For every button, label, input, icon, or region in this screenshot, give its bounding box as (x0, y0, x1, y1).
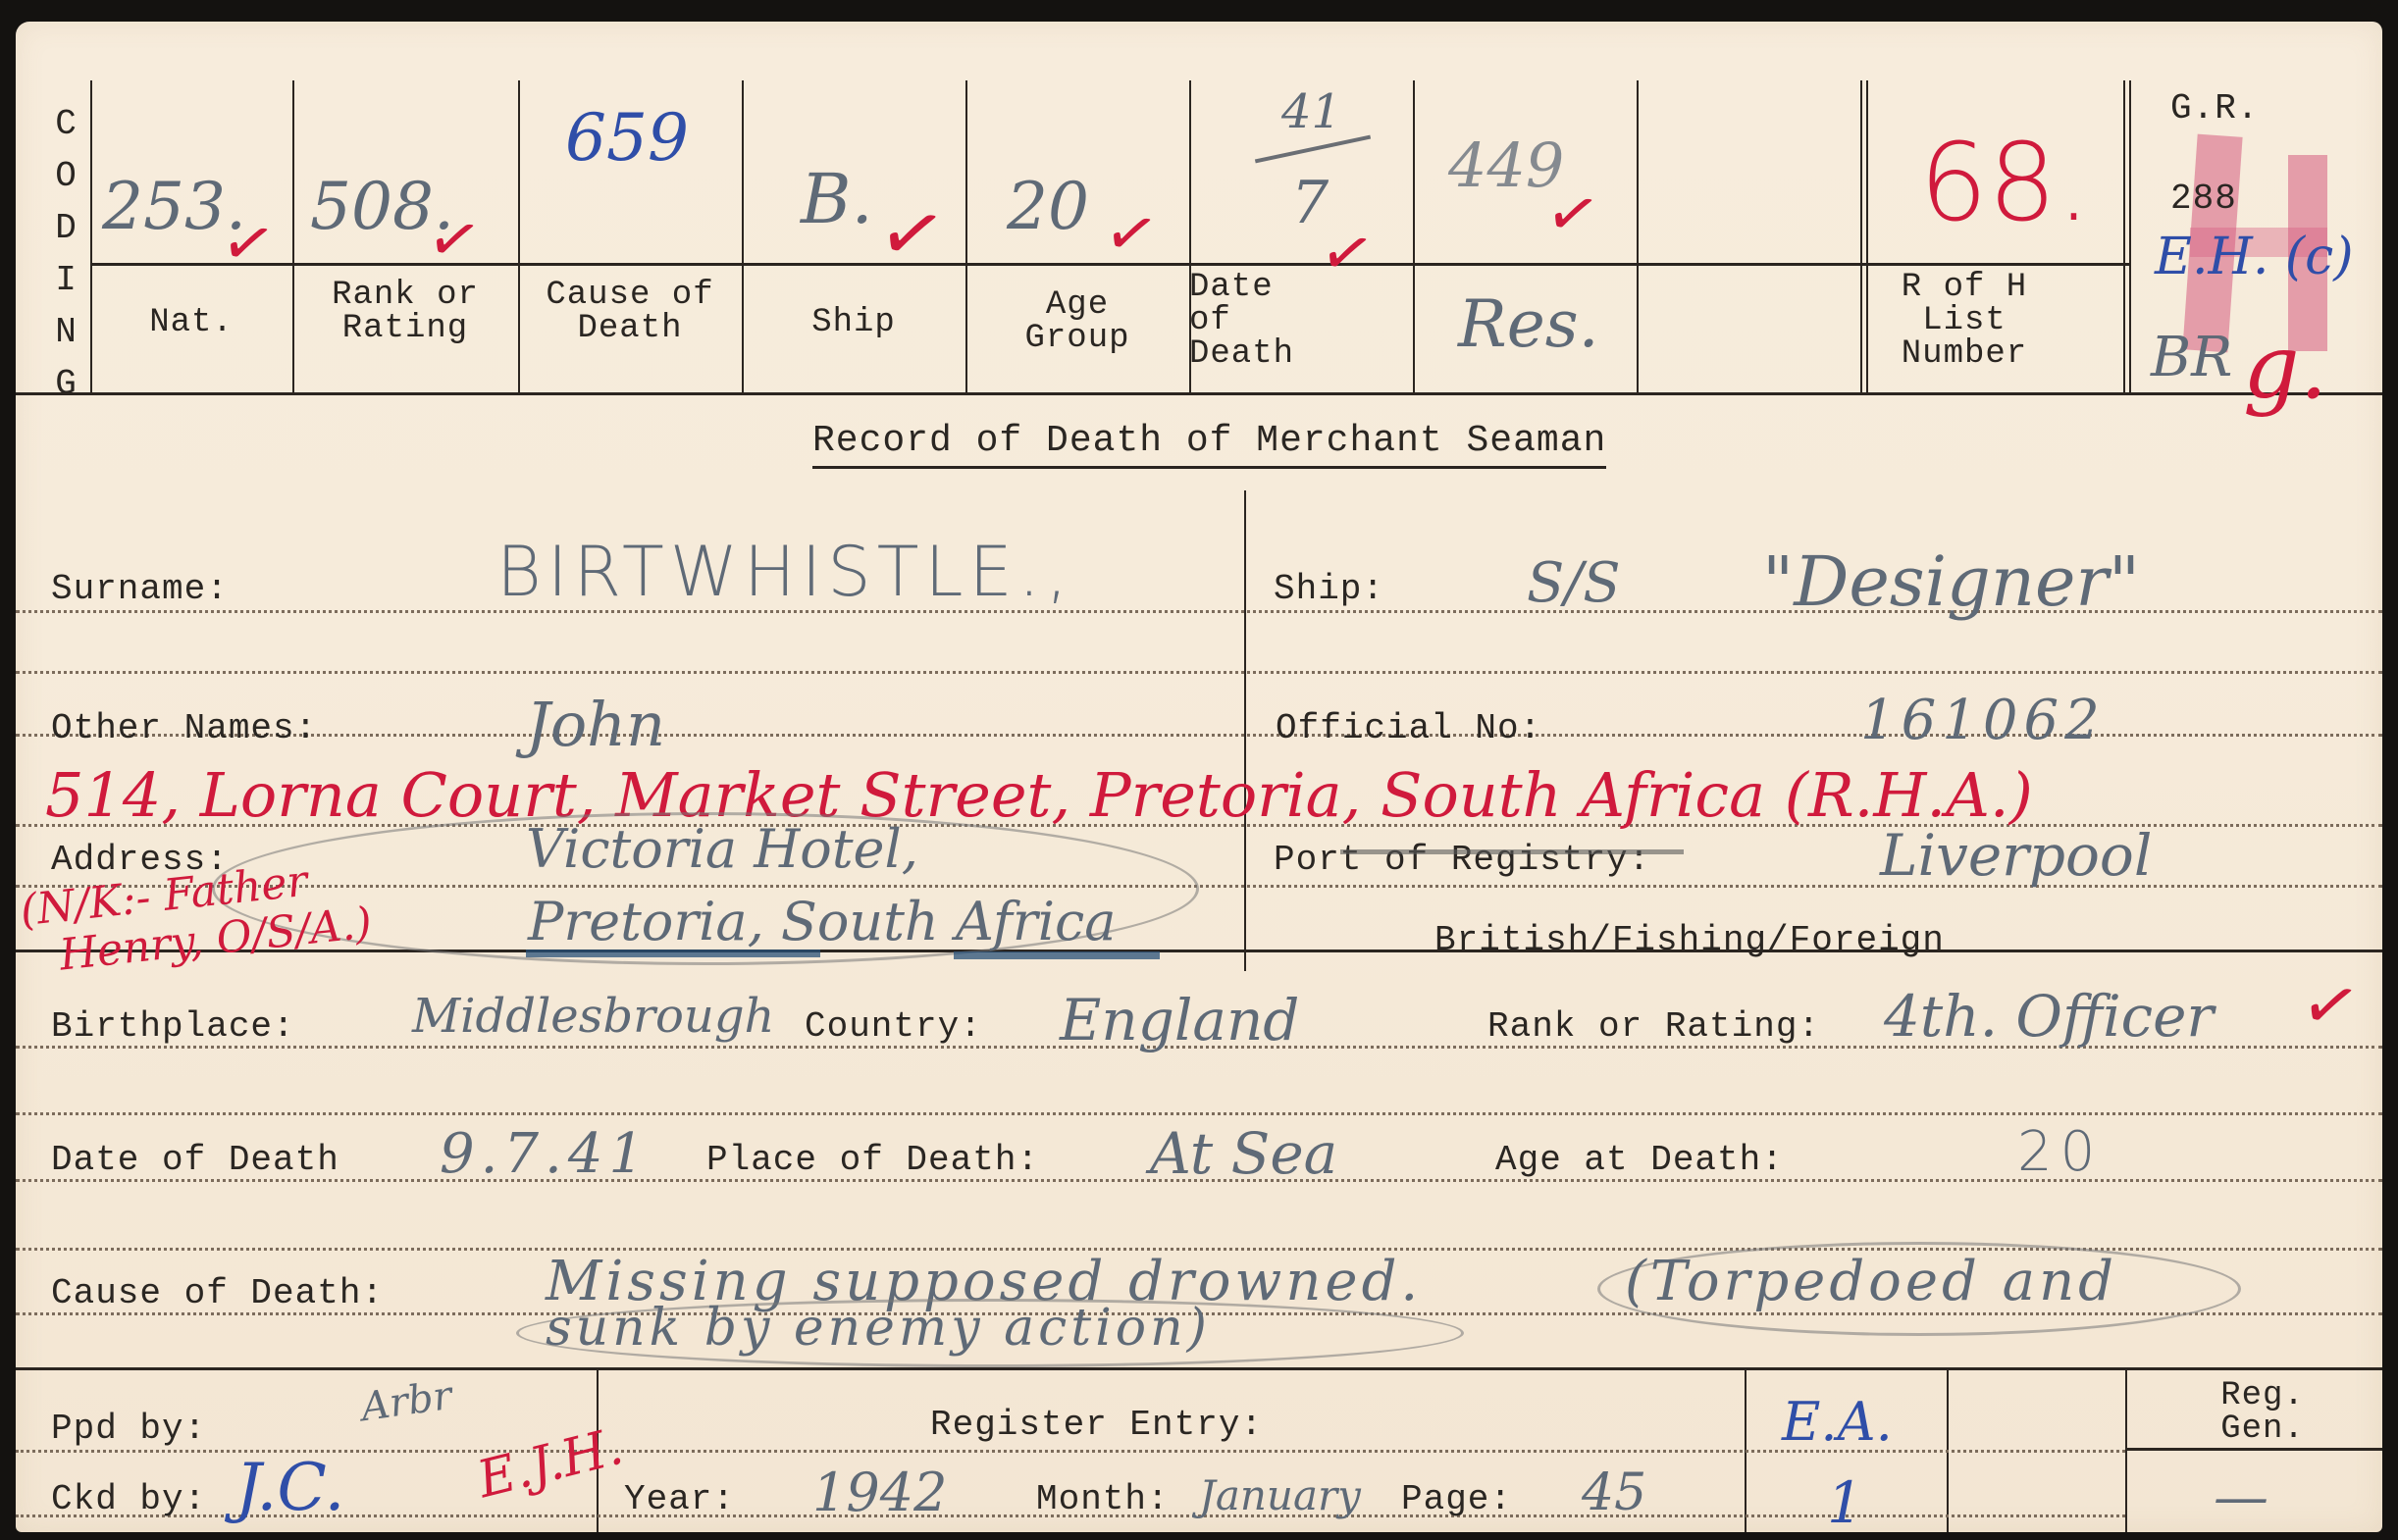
rank-label: Rank or Rating: (1487, 1006, 1820, 1047)
check-icon: ✓ (870, 182, 954, 285)
section-rule (16, 950, 2382, 952)
check-icon: ✓ (2294, 960, 2367, 1051)
grid-line (1244, 490, 1246, 971)
coding-letter: I (51, 254, 80, 306)
ckd-by-value: J.C. (235, 1450, 344, 1525)
coding-letter: O (51, 150, 80, 202)
underline-mark (526, 950, 820, 957)
underline-mark (954, 951, 1160, 959)
cause-of-death-line1b: (Torpedoed and (1625, 1250, 2117, 1313)
coding-letter: G (51, 358, 80, 410)
ship-value: "Designer" (1762, 541, 2140, 622)
month-label: Month: (1036, 1479, 1170, 1519)
reg-gen-value: — (2214, 1465, 2268, 1529)
address-line2: Pretoria, South Africa (528, 891, 1116, 952)
dotted-rule (16, 671, 2382, 674)
ship-label: Ship: (1274, 569, 1384, 609)
grid-line (16, 392, 2382, 395)
ppd-by-value: Arbr (358, 1373, 454, 1430)
register-entry-label: Register Entry: (930, 1405, 1263, 1445)
country-label: Country: (805, 1006, 982, 1047)
other-names-label: Other Names: (51, 708, 317, 748)
reg-gen-label: Reg. Gen. (2174, 1379, 2351, 1446)
birthplace-label: Birthplace: (51, 1006, 295, 1047)
gr-blue-note-text: E.H. (c) (2155, 228, 2354, 286)
grid-line (518, 80, 520, 394)
coding-header-rank: Rank or Rating (292, 279, 518, 345)
official-no-label: Official No: (1276, 708, 1541, 748)
official-no-value: 161062 (1860, 689, 2106, 752)
age-at-death-value: 20 (2017, 1120, 2103, 1184)
coding-header-ship: Ship (742, 306, 965, 339)
coding-header-date-of-death: Date of Death (1189, 271, 1317, 371)
ckd-by-label: Ckd by: (51, 1479, 206, 1519)
coding-value-r-of-h: 68. (1919, 120, 2091, 245)
port-of-registry-label: Port of Registry: (1274, 840, 1650, 880)
grid-line (90, 80, 92, 394)
card-title: Record of Death of Merchant Seaman (812, 420, 1606, 469)
grid-line (1637, 80, 1639, 394)
coding-annotation-res: Res. (1458, 286, 1599, 362)
cause-of-death-label: Cause of Death: (51, 1273, 384, 1313)
coding-header-r-of-h: R of H List Number (1866, 271, 2062, 371)
coding-value-age-group: 20 (1007, 169, 1089, 244)
coding-label: C O D I N G (51, 98, 80, 410)
grid-line (742, 80, 744, 394)
gr-number: 288 (2170, 179, 2237, 219)
place-of-death-label: Place of Death: (706, 1140, 1039, 1180)
coding-value-cause: 659 (565, 100, 689, 176)
grid-line (2123, 80, 2125, 394)
coding-letter: C (51, 98, 80, 150)
surname-value: BIRTWHISTLE., (496, 532, 1073, 612)
rank-value: 4th. Officer (1884, 983, 2214, 1050)
ppd-by-label: Ppd by: (51, 1409, 206, 1449)
place-of-death-value: At Sea (1150, 1120, 1337, 1187)
registry-type: British/Fishing/Foreign (1434, 920, 1945, 960)
dotted-rule (16, 1112, 2382, 1115)
country-value: England (1060, 987, 1299, 1053)
coding-letter: N (51, 306, 80, 358)
year-value: 1942 (812, 1462, 947, 1523)
grid-line (1860, 80, 1862, 394)
record-card: C O D I N G Nat. Rank or Rating Cause of… (16, 22, 2382, 1532)
cause-of-death-line2: sunk by enemy action) (546, 1299, 1211, 1358)
gr-label: G.R. (2170, 88, 2259, 128)
gr-bottom-note: BR (2151, 326, 2232, 389)
ship-prefix: S/S (1527, 551, 1621, 615)
address-line1: Victoria Hotel, (526, 818, 918, 880)
gr-blue-note: E.H. (c) (2155, 228, 2354, 286)
page-value: 45 (1582, 1463, 1646, 1522)
age-at-death-label: Age at Death: (1495, 1140, 1784, 1180)
coding-value-ship: B. (801, 159, 873, 239)
address-red-note: 514, Lorna Court, Market Street, Pretori… (45, 759, 2033, 831)
section-rule (16, 1367, 2382, 1370)
date-of-death-value: 9.7.41 (440, 1122, 650, 1186)
year-label: Year: (624, 1479, 735, 1519)
coding-header-cause: Cause of Death (518, 279, 742, 345)
coding-value-date-month: 7 (1291, 169, 1329, 237)
port-of-registry-value: Liverpool (1880, 822, 2152, 889)
ea-bottom-value: 1 (1827, 1469, 1863, 1536)
coding-header-nat: Nat. (90, 306, 292, 339)
coding-value-449: 449 (1448, 129, 1564, 201)
page-label: Page: (1401, 1479, 1512, 1519)
coding-letter: D (51, 202, 80, 254)
grid-line (292, 80, 294, 394)
gr-red-initial: g. (2243, 316, 2327, 419)
coding-value-date-year: 41 (1281, 84, 1341, 139)
ckd-by-value-2: E.J.H. (472, 1417, 629, 1510)
grid-line (2125, 1369, 2127, 1532)
grid-line (2125, 1448, 2382, 1451)
month-value: January (1199, 1471, 1361, 1519)
coding-header-age-group: Age Group (965, 288, 1189, 355)
ea-top-value: E.A. (1782, 1391, 1893, 1453)
birthplace-value: Middlesbrough (412, 989, 774, 1044)
surname-label: Surname: (51, 569, 229, 609)
grid-line (1413, 80, 1415, 394)
date-of-death-label: Date of Death (51, 1140, 339, 1180)
other-names-value: John (526, 689, 665, 760)
strikethrough-mark (1340, 849, 1684, 854)
grid-line (2129, 80, 2131, 394)
